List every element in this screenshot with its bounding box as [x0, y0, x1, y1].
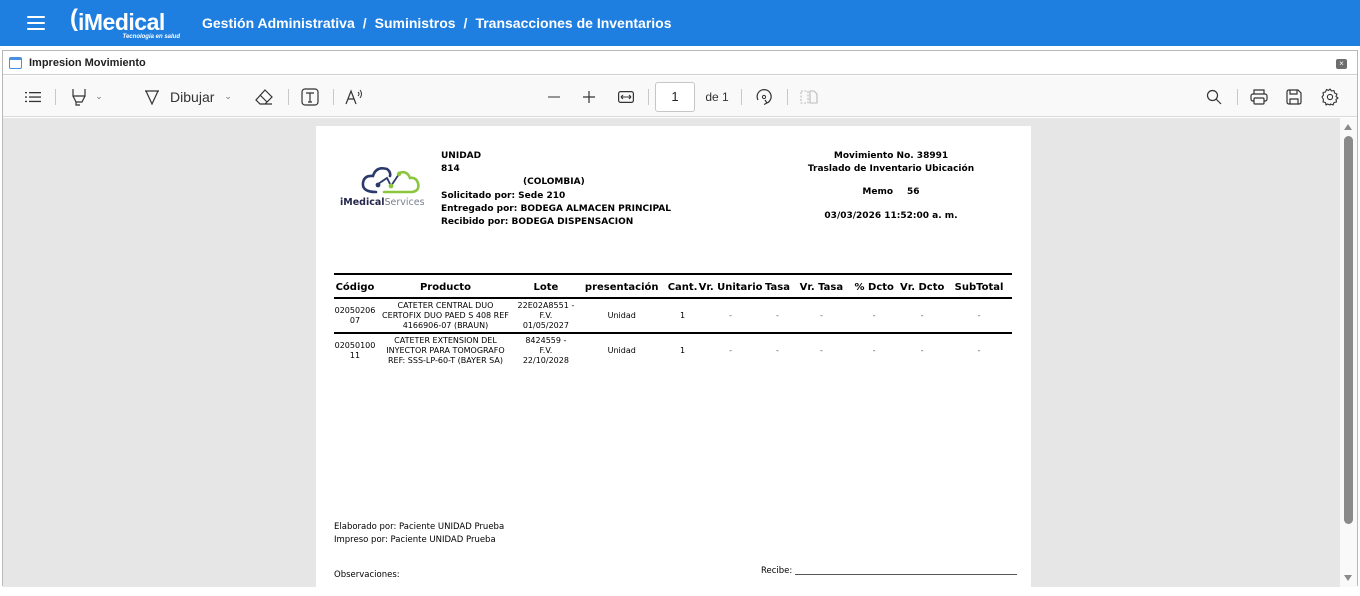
table-row: 0205010011 CATETER EXTENSION DELINYECTOR… [334, 333, 1012, 367]
entity-country: (COLOMBIA) [441, 176, 671, 189]
col-lote: Lote [515, 274, 577, 298]
search-icon [1206, 89, 1222, 105]
cloud-logo-icon [354, 164, 424, 198]
zoom-out-icon [548, 91, 560, 103]
logo-cloud-mark: ( [70, 5, 78, 33]
menu-icon[interactable] [27, 16, 45, 30]
search-button[interactable] [1203, 76, 1225, 117]
toolbar-divider [787, 89, 788, 105]
col-subtotal: SubTotal [946, 274, 1012, 298]
document-header-right: Movimiento No. 38991 Traslado de Inventa… [801, 150, 981, 223]
breadcrumb-item-gestion[interactable]: Gestión Administrativa [202, 15, 355, 31]
read-aloud-button[interactable] [343, 76, 367, 117]
draw-icon [144, 89, 160, 105]
signature-line [795, 574, 1017, 575]
entity-code: 814 [441, 163, 671, 176]
printed-by: Impreso por: Paciente UNIDAD Prueba [334, 534, 504, 547]
col-presentacion: presentación [577, 274, 667, 298]
rotate-button[interactable] [753, 76, 775, 117]
cell-presentacion: Unidad [577, 333, 667, 367]
brand-name: iMedical [78, 9, 165, 36]
highlight-icon [71, 88, 87, 106]
table-row: 0205020607 CATETER CENTRAL DUOCERTOFIX D… [334, 298, 1012, 333]
page-total-label: de 1 [705, 90, 728, 104]
vertical-scrollbar[interactable] [1340, 118, 1357, 586]
zoom-out-button[interactable] [543, 76, 565, 117]
brand-tagline: Tecnología en salud [123, 34, 180, 40]
page-total: de 1 [703, 76, 731, 117]
breadcrumb-separator: / [464, 15, 468, 31]
cell-cant: 1 [667, 298, 699, 333]
cell-lote: 22E02A8551 -F.V.01/05/2027 [515, 298, 577, 333]
print-button[interactable] [1248, 76, 1270, 117]
zoom-in-icon [583, 91, 595, 103]
toolbar-divider [55, 89, 56, 105]
eraser-button[interactable] [253, 76, 275, 117]
document-footer: Elaborado por: Paciente UNIDAD Prueba Im… [334, 521, 504, 547]
scroll-thumb[interactable] [1344, 136, 1353, 524]
cell-codigo: 0205010011 [334, 333, 376, 367]
breadcrumb-item-suministros[interactable]: Suministros [375, 15, 456, 31]
toolbar-divider [333, 89, 334, 105]
brand-logo[interactable]: ( iMedical Tecnología en salud [70, 3, 182, 43]
col-codigo: Código [334, 274, 376, 298]
cell-subtotal: - [946, 333, 1012, 367]
toolbar-divider [1237, 89, 1238, 105]
cell-presentacion: Unidad [577, 298, 667, 333]
zoom-in-button[interactable] [578, 76, 600, 117]
contents-button[interactable] [23, 76, 43, 117]
items-table: Código Producto Lote presentación Cant. … [334, 273, 1012, 367]
entity-name: UNIDAD [441, 150, 671, 163]
receiver-signature: Recibe: [761, 566, 1017, 576]
draw-button[interactable]: Dibujar ⌄ [133, 76, 243, 117]
requested-by: Solicitado por: Sede 210 [441, 190, 671, 203]
cell-producto: CATETER EXTENSION DELINYECTOR PARA TOMOG… [376, 333, 515, 367]
col-cant: Cant. [667, 274, 699, 298]
cell-vr-tasa: - [792, 298, 850, 333]
save-button[interactable] [1283, 76, 1305, 117]
window-icon [9, 57, 22, 69]
col-producto: Producto [376, 274, 515, 298]
observations-label: Observaciones: [334, 570, 400, 580]
col-dcto: % Dcto [850, 274, 898, 298]
document-logo-text: iMedicalServices [340, 197, 425, 208]
prepared-by: Elaborado por: Paciente UNIDAD Prueba [334, 521, 504, 534]
chevron-down-icon: ⌄ [224, 91, 232, 102]
pdf-page: iMedicalServices UNIDAD 814 (COLOMBIA) S… [316, 126, 1031, 586]
settings-button[interactable] [1319, 76, 1341, 117]
fit-width-icon [618, 91, 634, 103]
col-tasa: Tasa [763, 274, 793, 298]
toolbar-divider [741, 89, 742, 105]
movement-date: 03/03/2026 11:52:00 a. m. [801, 210, 981, 223]
chevron-down-icon: ⌄ [95, 91, 103, 102]
pdf-toolbar: ⌄ Dibujar ⌄ 1 de 1 [3, 76, 1357, 117]
breadcrumb-item-transacciones[interactable]: Transacciones de Inventarios [475, 15, 671, 31]
toolbar-divider [288, 89, 289, 105]
contents-icon [25, 91, 41, 103]
settings-icon [1321, 88, 1339, 106]
delivered-by: Entregado por: BODEGA ALMACEN PRINCIPAL [441, 203, 671, 216]
draw-label: Dibujar [170, 89, 214, 105]
cell-vr-unitario: - [699, 298, 763, 333]
cell-tasa: - [763, 333, 793, 367]
highlight-button[interactable]: ⌄ [65, 76, 109, 117]
print-dialog: Impresion Movimiento × ⌄ Dibujar ⌄ [2, 50, 1358, 586]
cell-producto: CATETER CENTRAL DUOCERTOFIX DUO PAED S 4… [376, 298, 515, 333]
eraser-icon [255, 89, 273, 105]
rotate-icon [755, 88, 773, 106]
cell-vr-dcto: - [898, 333, 946, 367]
cell-subtotal: - [946, 298, 1012, 333]
cell-dcto: - [850, 333, 898, 367]
movement-type: Traslado de Inventario Ubicación [801, 163, 981, 176]
memo: Memo56 [801, 186, 981, 199]
cell-vr-unitario: - [699, 333, 763, 367]
document-logo: iMedicalServices [340, 164, 436, 214]
two-page-icon [800, 90, 818, 104]
page-number-input[interactable]: 1 [655, 82, 695, 112]
col-vr-dcto: Vr. Dcto [898, 274, 946, 298]
dialog-title: Impresion Movimiento [29, 57, 146, 69]
cell-lote: 8424559 -F.V.22/10/2028 [515, 333, 577, 367]
cell-cant: 1 [667, 333, 699, 367]
cell-codigo: 0205020607 [334, 298, 376, 333]
receiver-label: Recibe: [761, 566, 792, 576]
read-aloud-icon [345, 89, 365, 105]
col-vr-unitario: Vr. Unitario [699, 274, 763, 298]
col-vr-tasa: Vr. Tasa [792, 274, 850, 298]
pdf-viewer[interactable]: iMedicalServices UNIDAD 814 (COLOMBIA) S… [3, 118, 1357, 586]
breadcrumb: Gestión Administrativa / Suministros / T… [202, 15, 672, 31]
toolbar-divider [648, 89, 649, 105]
cell-vr-tasa: - [792, 333, 850, 367]
breadcrumb-separator: / [363, 15, 367, 31]
cell-dcto: - [850, 298, 898, 333]
text-icon [301, 88, 319, 106]
movement-number: Movimiento No. 38991 [801, 150, 981, 163]
text-button[interactable] [299, 76, 321, 117]
document-header-left: UNIDAD 814 (COLOMBIA) Solicitado por: Se… [441, 150, 671, 229]
cell-vr-dcto: - [898, 298, 946, 333]
memo-label: Memo [862, 187, 893, 197]
print-icon [1250, 89, 1268, 105]
scroll-up-arrow-icon[interactable] [1344, 124, 1352, 130]
cell-tasa: - [763, 298, 793, 333]
scroll-down-arrow-icon[interactable] [1344, 575, 1352, 581]
memo-value: 56 [907, 187, 920, 197]
fit-width-button[interactable] [615, 76, 637, 117]
app-header: ( iMedical Tecnología en salud Gestión A… [0, 0, 1360, 46]
save-icon [1286, 89, 1302, 105]
two-page-button[interactable] [798, 76, 820, 117]
table-header-row: Código Producto Lote presentación Cant. … [334, 274, 1012, 298]
received-by: Recibido por: BODEGA DISPENSACION [441, 216, 671, 229]
dialog-titlebar: Impresion Movimiento × [3, 51, 1357, 75]
close-button[interactable]: × [1336, 59, 1347, 69]
